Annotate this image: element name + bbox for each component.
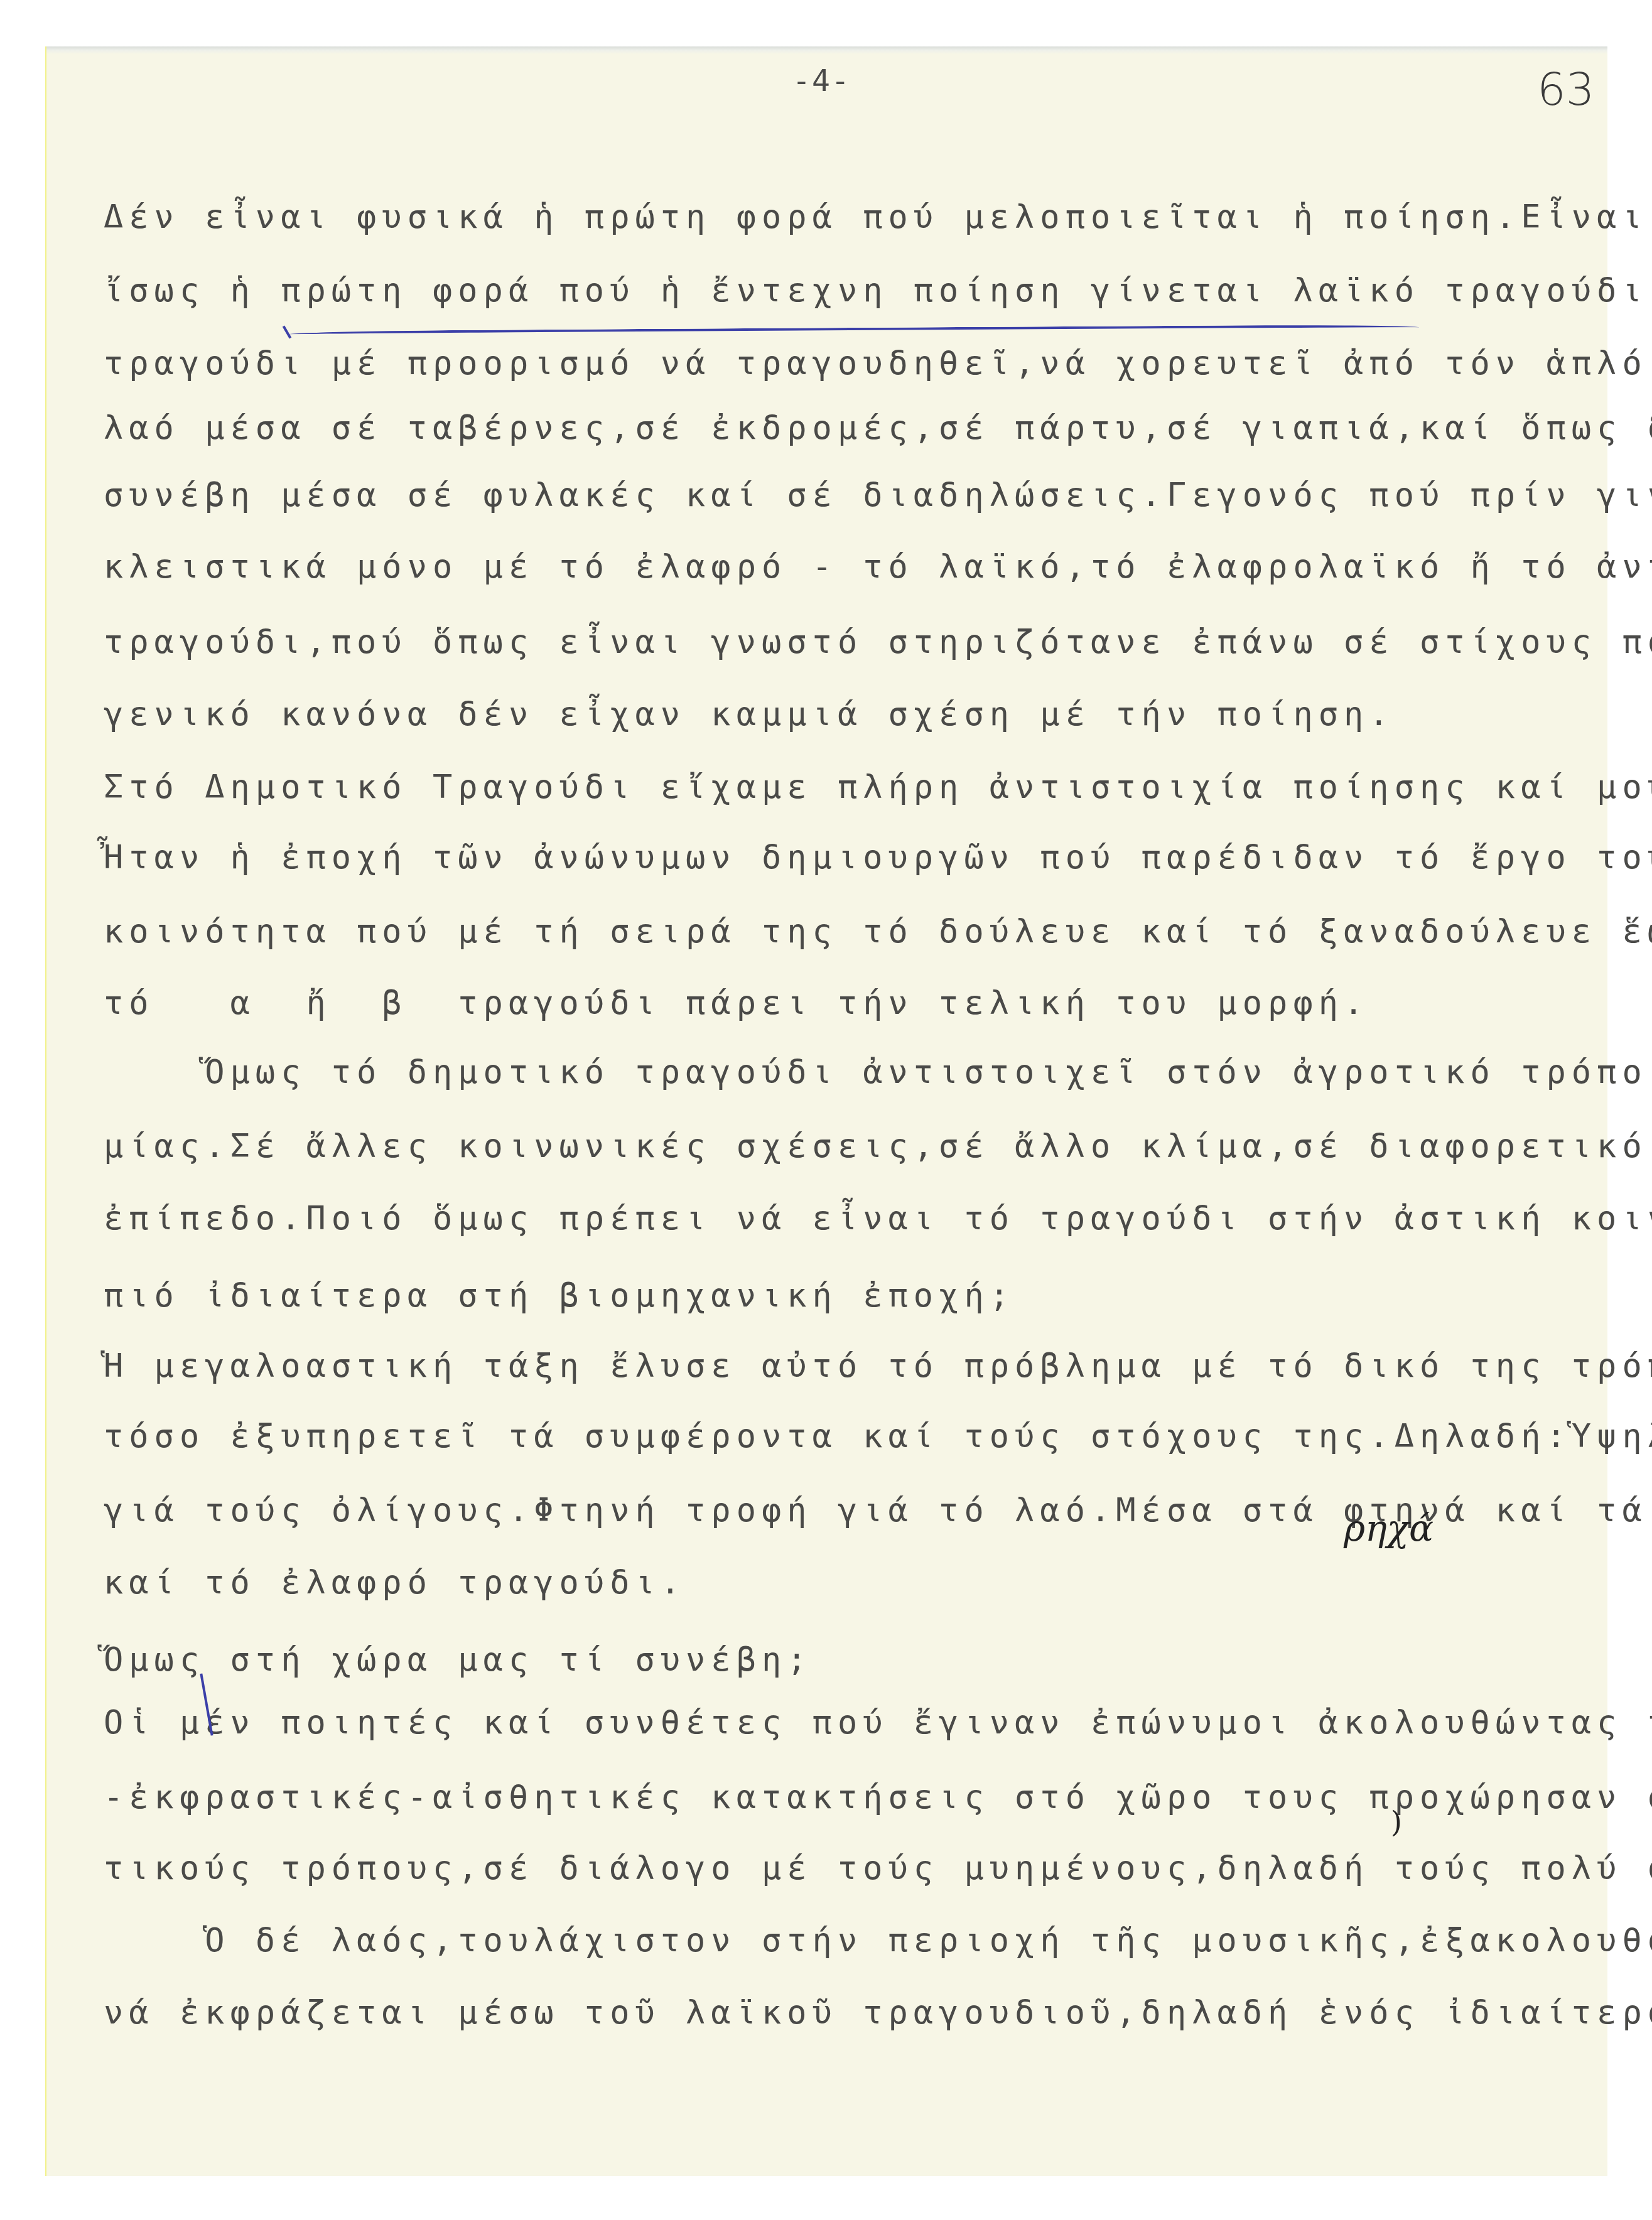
page-header-number: -4- (792, 66, 851, 96)
text-line: Ὅμως τό δημοτικό τραγούδι ἀντιστοιχεῖ στ… (104, 1056, 1652, 1089)
text-line: γενικό κανόνα δέν εἶχαν καμμιά σχέση μέ … (104, 698, 1395, 731)
text-line: πιό ἰδιαίτερα στή βιομηχανική ἐποχή; (104, 1280, 1015, 1312)
text-line: τόσο ἐξυπηρετεῖ τά συμφέροντα καί τούς σ… (104, 1420, 1652, 1453)
handwritten-folio-number: 63 (1537, 63, 1595, 116)
text-line: Δέν εἶναι φυσικά ἡ πρώτη φορά πού μελοπο… (104, 201, 1652, 234)
text-line: τό α ἤ β τραγούδι πάρει τήν τελική του μ… (104, 987, 1369, 1020)
text-line: κοινότητα πού μέ τή σειρά της τό δούλευε… (104, 915, 1652, 948)
text-line: τραγούδι,πού ὅπως εἶναι γνωστό στηριζότα… (104, 626, 1652, 659)
text-line: Ὁ δέ λαός,τουλάχιστον στήν περιοχή τῆς μ… (104, 1924, 1652, 1957)
text-line: Ἡ μεγαλοαστική τάξη ἔλυσε αὐτό τό πρόβλη… (104, 1350, 1652, 1382)
text-line: καί τό ἐλαφρό τραγούδι. (104, 1566, 686, 1599)
text-line: τικούς τρόπους,σέ διάλογο μέ τούς μυημέν… (104, 1852, 1652, 1885)
text-line: λαό μέσα σέ ταβέρνες,σέ ἐκδρομές,σέ πάρτ… (104, 412, 1652, 445)
text-line: νά ἐκφράζεται μέσω τοῦ λαϊκοῦ τραγουδιοῦ… (104, 1996, 1652, 2029)
text-line: -ἐκφραστικές-αἰσθητικές κατακτήσεις στό … (104, 1781, 1652, 1814)
text-line: Στό Δημοτικό Τραγούδι εἴχαμε πλήρη ἀντισ… (104, 771, 1652, 804)
text-line: συνέβη μέσα σέ φυλακές καί σέ διαδηλώσει… (104, 479, 1652, 512)
text-line: μίας.Σέ ἄλλες κοινωνικές σχέσεις,σέ ἄλλο… (104, 1130, 1652, 1163)
text-line: ἐπίπεδο.Ποιό ὅμως πρέπει νά εἶναι τό τρα… (104, 1202, 1652, 1235)
text-line: τραγούδι μέ προορισμό νά τραγουδηθεῖ,νά … (104, 347, 1652, 380)
text-line: Ἦταν ἡ ἐποχή τῶν ἀνώνυμων δημιουργῶν πού… (104, 841, 1652, 874)
text-line: Ὅμως στή χώρα μας τί συνέβη; (104, 1644, 813, 1676)
handwritten-breathing-mark: ) (1391, 1805, 1402, 1839)
text-line: κλειστικά μόνο μέ τό ἐλαφρό - τό λαϊκό,τ… (104, 551, 1652, 583)
handwritten-insert: ρηχά (1344, 1507, 1433, 1549)
text-line: ἴσως ἡ πρώτη φορά πού ἡ ἔντεχνη ποίηση γ… (104, 274, 1652, 307)
text-line: Οἱ μέν ποιητές καί συνθέτες πού ἔγιναν ἐ… (104, 1706, 1652, 1739)
